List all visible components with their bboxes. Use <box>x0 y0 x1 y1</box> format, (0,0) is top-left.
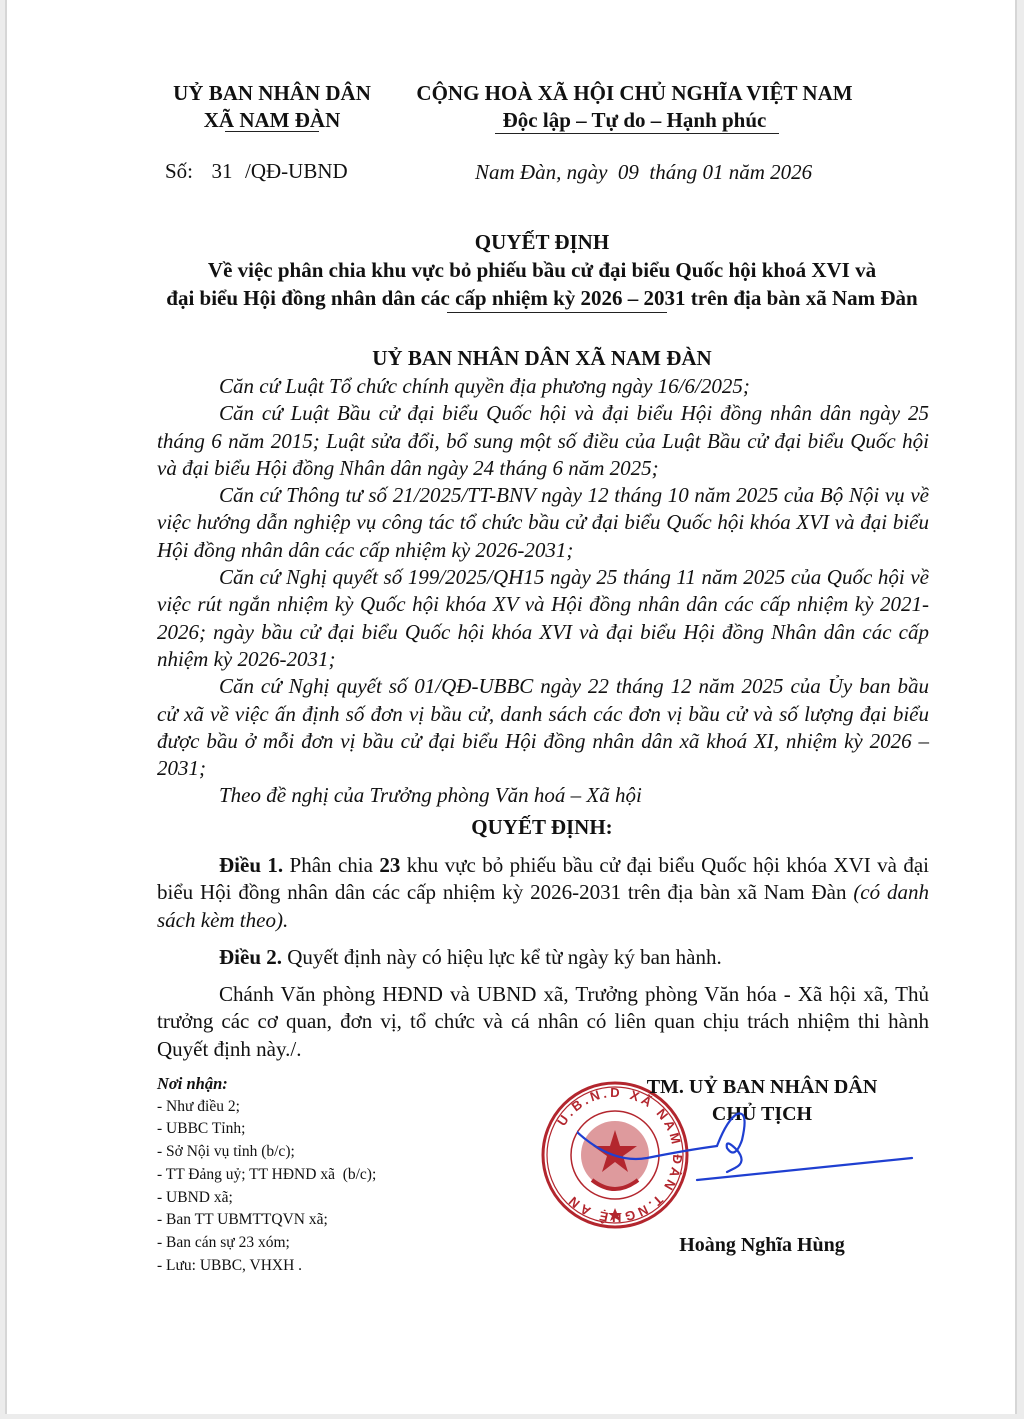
basis-item: Căn cứ Luật Tổ chức chính quyền địa phươ… <box>157 373 929 400</box>
article-2-text: Quyết định này có hiệu lực kể từ ngày ký… <box>282 945 722 969</box>
basis-item: Căn cứ Luật Bầu cử đại biểu Quốc hội và … <box>157 400 929 482</box>
article-1-text: Phân chia <box>283 853 379 877</box>
article-2-label: Điều 2. <box>219 945 282 969</box>
number-prefix: Số: <box>165 159 193 183</box>
recipient-item: - TT Đảng uỷ; TT HĐND xã (b/c); <box>157 1164 376 1187</box>
basis-item: Căn cứ Nghị quyết số 01/QĐ-UBBC ngày 22 … <box>157 673 929 782</box>
national-header: CỘNG HOÀ XÃ HỘI CHỦ NGHĨA VIỆT NAM Độc l… <box>402 80 867 134</box>
nation-name: CỘNG HOÀ XÃ HỘI CHỦ NGHĨA VIỆT NAM <box>402 80 867 107</box>
motto-underline <box>495 133 779 134</box>
article-1: Điều 1. Phân chia 23 khu vực bỏ phiếu bầ… <box>157 852 929 934</box>
document-number: Số:31/QĐ-UBND <box>165 159 348 184</box>
recipient-item: - Sở Nội vụ tỉnh (b/c); <box>157 1141 376 1164</box>
article-2: Điều 2. Quyết định này có hiệu lực kể từ… <box>157 944 929 971</box>
decision-heading: QUYẾT ĐỊNH: <box>147 815 937 840</box>
subject-line-1: Về việc phân chia khu vực bỏ phiếu bầu c… <box>147 256 937 284</box>
issuer-header: UỶ BAN NHÂN DÂN XÃ NAM ĐÀN <box>157 80 387 134</box>
recipient-item: - UBBC Tỉnh; <box>157 1118 376 1141</box>
article-1-label: Điều 1. <box>219 853 283 877</box>
issuer-line-2: XÃ NAM ĐÀN <box>157 107 387 134</box>
basis-item: Căn cứ Thông tư số 21/2025/TT-BNV ngày 1… <box>157 482 929 564</box>
recipients-list: Nơi nhận: - Như điều 2; - UBBC Tỉnh; - S… <box>157 1073 376 1277</box>
article-1-count: 23 <box>379 853 400 877</box>
decision-articles: Điều 1. Phân chia 23 khu vực bỏ phiếu bầ… <box>157 852 929 1063</box>
national-motto: Độc lập – Tự do – Hạnh phúc <box>402 107 867 134</box>
legal-basis: Căn cứ Luật Tổ chức chính quyền địa phươ… <box>157 373 929 810</box>
recipient-item: - Như điều 2; <box>157 1096 376 1119</box>
number-value: 31 <box>199 159 245 184</box>
on-behalf-of: TM. UỶ BAN NHÂN DÂN <box>607 1074 917 1101</box>
signer-name: Hoàng Nghĩa Hùng <box>607 1234 917 1257</box>
recipient-item: - UBND xã; <box>157 1187 376 1210</box>
basis-item: Theo đề nghị của Trưởng phòng Văn hoá – … <box>157 782 929 809</box>
issuer-line-1: UỶ BAN NHÂN DÂN <box>157 80 387 107</box>
doc-type: QUYẾT ĐỊNH <box>147 228 937 256</box>
execution-clause: Chánh Văn phòng HĐND và UBND xã, Trưởng … <box>157 981 929 1063</box>
recipient-item: - Lưu: UBBC, VHXH . <box>157 1255 376 1278</box>
title-underline <box>447 312 667 313</box>
number-suffix: /QĐ-UBND <box>245 159 348 183</box>
issuer-underline <box>225 131 319 132</box>
place-date: Nam Đàn, ngày 09 tháng 01 năm 2026 <box>475 160 812 185</box>
authority-heading: UỶ BAN NHÂN DÂN XÃ NAM ĐÀN <box>147 346 937 371</box>
document-page: UỶ BAN NHÂN DÂN XÃ NAM ĐÀN CỘNG HOÀ XÃ H… <box>5 0 1017 1414</box>
handwritten-signature-icon <box>577 1110 917 1200</box>
basis-item: Căn cứ Nghị quyết số 199/2025/QH15 ngày … <box>157 564 929 673</box>
recipient-item: - Ban cán sự 23 xóm; <box>157 1232 376 1255</box>
document-title: QUYẾT ĐỊNH Về việc phân chia khu vực bỏ … <box>147 228 937 312</box>
recipient-item: - Ban TT UBMTTQVN xã; <box>157 1209 376 1232</box>
recipients-heading: Nơi nhận: <box>157 1073 376 1096</box>
subject-line-2: đại biểu Hội đồng nhân dân các cấp nhiệm… <box>147 284 937 312</box>
